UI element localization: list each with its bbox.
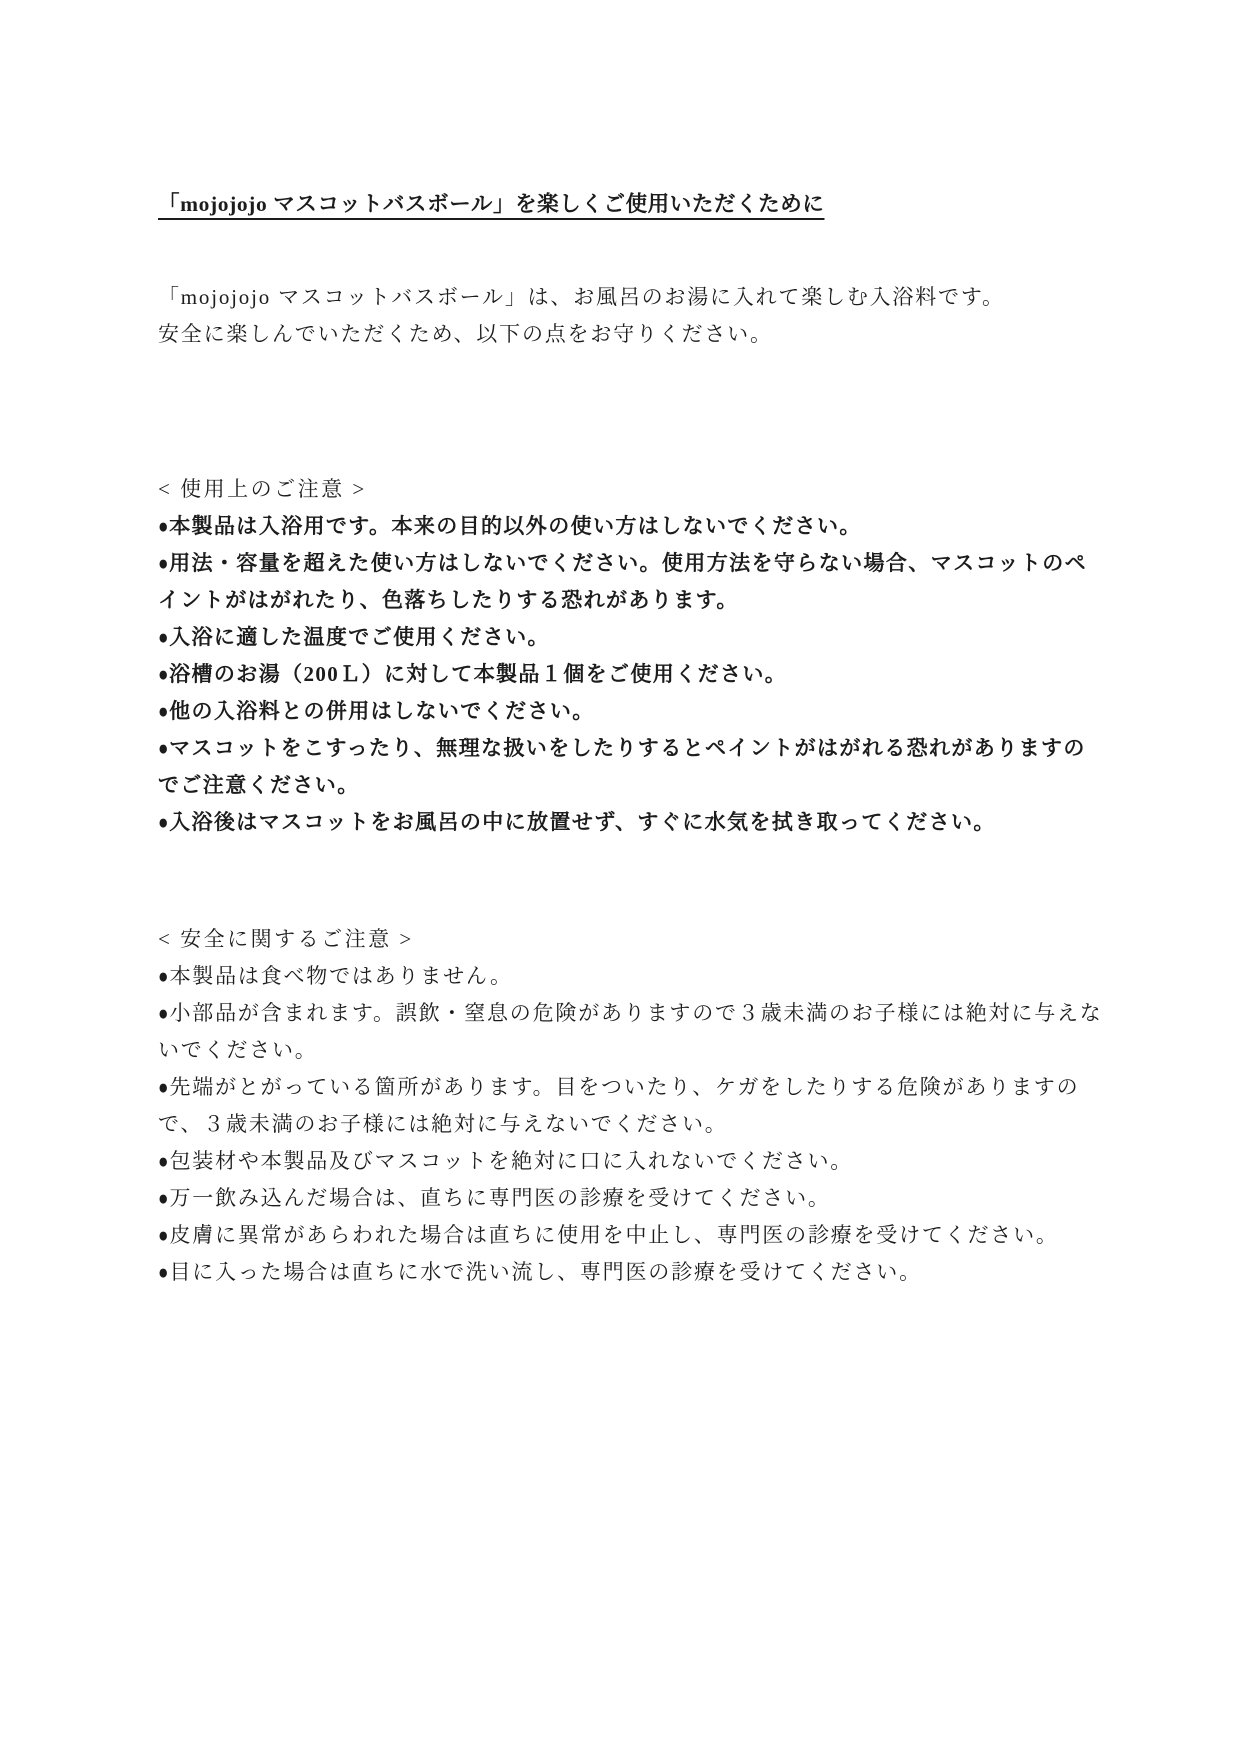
list-item: ●先端がとがっている箇所があります。目をついたり、ケガをしたりする危険があります… [158,1069,1103,1143]
list-item: ●他の入浴料との併用はしないでください。 [158,693,1103,730]
section-heading-safety: < 安全に関するご注意 > [158,921,1103,958]
list-item: ●入浴後はマスコットをお風呂の中に放置せず、すぐに水気を拭き取ってください。 [158,804,1103,841]
notice-text: 用法・容量を超えた使い方はしないでください。使用方法を守らない場合、マスコットの… [158,551,1087,612]
bullet-icon: ● [158,545,170,582]
bullet-icon: ● [158,995,170,1032]
bullet-icon: ● [158,804,170,841]
bullet-icon: ● [158,1069,170,1106]
list-item: ●本製品は入浴用です。本来の目的以外の使い方はしないでください。 [158,508,1103,545]
list-item: ●小部品が含まれます。誤飲・窒息の危険がありますので３歳未満のお子様には絶対に与… [158,995,1103,1069]
section-heading-usage: < 使用上のご注意 > [158,471,1103,508]
bullet-icon: ● [158,508,170,545]
notice-text: 先端がとがっている箇所があります。目をついたり、ケガをしたりする危険がありますの… [158,1075,1079,1136]
notice-text: 目に入った場合は直ちに水で洗い流し、専門医の診療を受けてください。 [169,1260,921,1284]
notice-text: 他の入浴料との併用はしないでください。 [169,699,595,723]
list-item: ●本製品は食べ物ではありません。 [158,958,1103,995]
list-item: ●浴槽のお湯（200Ｌ）に対して本製品１個をご使用ください。 [158,656,1103,693]
bullet-icon: ● [158,958,170,995]
notice-text: マスコットをこすったり、無理な扱いをしたりするとペイントがはがれる恐れがあります… [158,736,1086,797]
list-item: ●マスコットをこすったり、無理な扱いをしたりするとペイントがはがれる恐れがありま… [158,730,1103,804]
notice-text: 浴槽のお湯（200Ｌ）に対して本製品１個をご使用ください。 [169,662,787,686]
bullet-icon: ● [158,656,170,693]
notice-text: 入浴後はマスコットをお風呂の中に放置せず、すぐに水気を拭き取ってください。 [169,810,996,834]
notice-text: 入浴に適した温度でご使用ください。 [169,625,550,649]
notice-text: 本製品は入浴用です。本来の目的以外の使い方はしないでください。 [169,514,862,538]
bullet-icon: ● [158,1143,170,1180]
list-item: ●包装材や本製品及びマスコットを絶対に口に入れないでください。 [158,1143,1103,1180]
usage-notice-list: ●本製品は入浴用です。本来の目的以外の使い方はしないでください。 ●用法・容量を… [158,508,1103,841]
list-item: ●万一飲み込んだ場合は、直ちに専門医の診療を受けてください。 [158,1180,1103,1217]
list-item: ●入浴に適した温度でご使用ください。 [158,619,1103,656]
list-item: ●皮膚に異常があらわれた場合は直ちに使用を中止し、専門医の診療を受けてください。 [158,1217,1103,1254]
bullet-icon: ● [158,693,170,730]
list-item: ●目に入った場合は直ちに水で洗い流し、専門医の診療を受けてください。 [158,1254,1103,1291]
intro-line-1: 「mojojojo マスコットバスボール」は、お風呂のお湯に入れて楽しむ入浴料で… [158,285,1005,309]
notice-text: 小部品が含まれます。誤飲・窒息の危険がありますので３歳未満のお子様には絶対に与え… [158,1001,1103,1062]
notice-text: 包装材や本製品及びマスコットを絶対に口に入れないでください。 [169,1149,853,1173]
safety-notice-list: ●本製品は食べ物ではありません。 ●小部品が含まれます。誤飲・窒息の危険がありま… [158,958,1103,1291]
notice-text: 本製品は食べ物ではありません。 [169,964,512,988]
bullet-icon: ● [158,1180,170,1217]
notice-text: 万一飲み込んだ場合は、直ちに専門医の診療を受けてください。 [169,1186,830,1210]
notice-text: 皮膚に異常があらわれた場合は直ちに使用を中止し、専門医の診療を受けてください。 [169,1223,1058,1247]
document-page: 「mojojojo マスコットバスボール」を楽しくご使用いただくために 「moj… [0,0,1241,1755]
bullet-icon: ● [158,1254,170,1291]
list-item: ●用法・容量を超えた使い方はしないでください。使用方法を守らない場合、マスコット… [158,545,1103,619]
bullet-icon: ● [158,1217,170,1254]
intro-line-2: 安全に楽しんでいただくため、以下の点をお守りください。 [158,322,773,346]
document-title: 「mojojojo マスコットバスボール」を楽しくご使用いただくために [158,186,824,223]
title-row: 「mojojojo マスコットバスボール」を楽しくご使用いただくために [158,186,1103,223]
intro-paragraph: 「mojojojo マスコットバスボール」は、お風呂のお湯に入れて楽しむ入浴料で… [158,279,1103,353]
bullet-icon: ● [158,619,170,656]
bullet-icon: ● [158,730,170,767]
